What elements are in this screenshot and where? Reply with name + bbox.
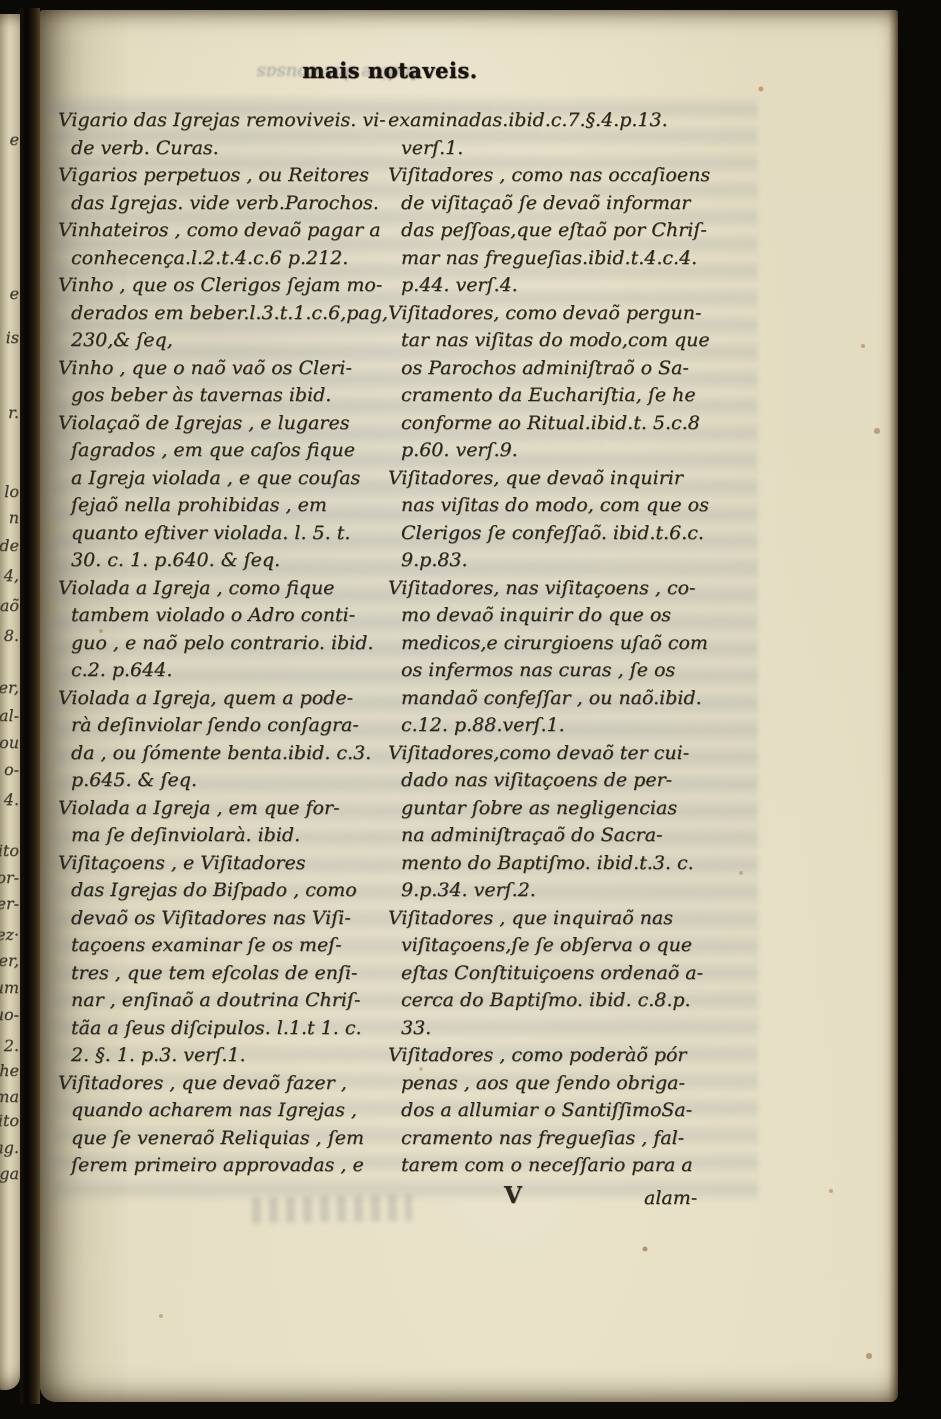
index-line: que ſe veneraõ Reliquias , ſem	[58, 1125, 384, 1153]
facing-page-text-fragment: o-	[4, 762, 19, 778]
index-line: tambem violado o Adro conti-	[58, 602, 384, 630]
index-line: Viſitadores, como devaõ pergun-	[388, 300, 730, 328]
index-line: quando acharem nas Igrejas ,	[58, 1097, 384, 1125]
index-line: cramento da Euchariſtia, ſe he	[388, 382, 730, 410]
facing-page-text-fragment: ou	[0, 735, 19, 751]
facing-page-text-fragment: r.	[8, 405, 19, 421]
index-line: tarem com o neceſſario para a	[388, 1152, 730, 1180]
facing-page-text-fragment: 8.	[4, 628, 19, 644]
index-line: Viſitadores , que inquiraõ nas	[388, 905, 730, 933]
index-line: eſtas Conſtituiçoens ordenaõ a-	[388, 960, 730, 988]
index-line: tres , que tem eſcolas de enſi-	[58, 960, 384, 988]
facing-page-edge: eeisr.londe4,aõ8.er,al-ouo-4.itoor-er-ez…	[0, 14, 20, 1390]
index-entry: Vinho , que os Clerigos ſejam mo-derados…	[58, 272, 384, 355]
index-entry: Viſitaçoens , e Viſitadoresdas Igrejas d…	[58, 850, 384, 1070]
index-line: c.12. p.88.verſ.1.	[388, 712, 730, 740]
facing-page-text-fragment: iga	[0, 1166, 19, 1182]
index-line: das peſſoas,que eſtaõ por Chriſ-	[388, 217, 730, 245]
index-line: dado nas viſitaçoens de per-	[388, 767, 730, 795]
index-line: mandaõ confeſſar , ou naõ.ibid.	[388, 685, 730, 713]
facing-page-text-fragment: e lhe	[0, 1063, 19, 1079]
index-line: de verb. Curas.	[58, 135, 384, 163]
facing-page-text-fragment: pag.	[0, 1140, 19, 1156]
index-line: c.2. p.644.	[58, 657, 384, 685]
index-column-right: examinadas.ibid.c.7.§.4.p.13.verſ.1.Viſi…	[388, 107, 730, 1180]
running-header: mais notaveis.	[290, 58, 490, 83]
index-line: Violada a Igreja , em que for-	[58, 795, 384, 823]
index-entry: Vigario das Igrejas removiveis. vi-de ve…	[58, 107, 384, 162]
index-entry: Viſitadores, como devaõ pergun-tar nas v…	[388, 300, 730, 465]
index-line: guo , e naõ pelo contrario. ibid.	[58, 630, 384, 658]
index-line: nas viſitas do modo, com que os	[388, 492, 730, 520]
index-line: gos beber às tavernas ibid.	[58, 382, 384, 410]
facing-page-text-fragment: er,	[0, 680, 19, 696]
index-entry: Viſitadores , que devaõ fazer ,quando ac…	[58, 1070, 384, 1180]
index-line: verſ.1.	[388, 135, 730, 163]
index-entry: Vinho , que o naõ vaõ os Cleri-gos beber…	[58, 355, 384, 410]
index-entry: examinadas.ibid.c.7.§.4.p.13.verſ.1.	[388, 107, 730, 162]
facing-page-text-fragment: gum	[0, 980, 19, 996]
index-line: ma ſe deſinviolarà. ibid.	[58, 822, 384, 850]
index-line: Viſitaçoens , e Viſitadores	[58, 850, 384, 878]
index-line: Viſitadores , como nas occaſioens	[388, 162, 730, 190]
index-line: das Igrejas. vide verb.Parochos.	[58, 190, 384, 218]
book-page: Indice das cousas mais notaveis. Vigario…	[40, 10, 898, 1402]
index-entry: Viſitadores , que inquiraõ nasviſitaçoen…	[388, 905, 730, 1043]
index-line: de viſitaçaõ ſe devaõ informar	[388, 190, 730, 218]
index-line: 230,& ſeq,	[58, 327, 384, 355]
index-entry: Violada a Igreja , em que for-ma ſe deſi…	[58, 795, 384, 850]
index-line: viſitaçoens,ſe ſe obſerva o que	[388, 932, 730, 960]
facing-page-text-fragment: al-	[0, 708, 19, 724]
facing-page-text-fragment: de	[0, 538, 19, 554]
index-line: na adminiſtraçaõ do Sacra-	[388, 822, 730, 850]
facing-page-text-fragment: lo	[4, 484, 19, 500]
index-line: mar nas fregueſias.ibid.t.4.c.4.	[388, 245, 730, 273]
index-line: ſejaõ nella prohibidas , em	[58, 492, 384, 520]
index-line: derados em beber.l.3.t.1.c.6,pag,	[58, 300, 384, 328]
index-line: cramento nas fregueſias , fal-	[388, 1125, 730, 1153]
facing-page-text-fragment: 4,	[4, 568, 19, 584]
index-line: conhecença.l.2.t.4.c.6 p.212.	[58, 245, 384, 273]
index-line: cerca do Baptiſmo. ibid. c.8.p.	[388, 987, 730, 1015]
facing-page-text-fragment: e	[10, 132, 19, 148]
index-line: examinadas.ibid.c.7.§.4.p.13.	[388, 107, 730, 135]
index-line: Vigario das Igrejas removiveis. vi-	[58, 107, 384, 135]
index-line: p.60. verſ.9.	[388, 437, 730, 465]
index-line: taçoens examinar ſe os meſ-	[58, 932, 384, 960]
index-line: nar , enſinaõ a doutrina Chriſ-	[58, 987, 384, 1015]
index-line: Vigarios perpetuos , ou Reitores	[58, 162, 384, 190]
index-line: a Igreja violada , e que couſas	[58, 465, 384, 493]
index-line: 33.	[388, 1015, 730, 1043]
facing-page-text-fragment: is	[6, 330, 19, 346]
index-line: devaõ os Viſitadores nas Viſi-	[58, 905, 384, 933]
index-line: mento do Baptiſmo. ibid.t.3. c.	[388, 850, 730, 878]
index-line: 9.p.83.	[388, 547, 730, 575]
index-line: 30. c. 1. p.640. & ſeq.	[58, 547, 384, 575]
index-entry: Viſitadores, que devaõ inquirirnas viſit…	[388, 465, 730, 575]
facing-page-text-fragment: ez·	[0, 927, 19, 943]
index-line: os Parochos adminiſtraõ o Sa-	[388, 355, 730, 383]
index-entry: Violada a Igreja , como fiquetambem viol…	[58, 575, 384, 685]
index-entry: Violada a Igreja, quem a pode-rà deſinvi…	[58, 685, 384, 795]
index-line: guntar ſobre as negligencias	[388, 795, 730, 823]
index-line: Clerigos ſe confeſſaõ. ibid.t.6.c.	[388, 520, 730, 548]
index-line: Viſitadores, que devaõ inquirir	[388, 465, 730, 493]
index-line: tãa a ſeus diſcipulos. l.1.t 1. c.	[58, 1015, 384, 1043]
facing-page-text-fragment: n	[9, 510, 19, 526]
foxing-spots	[40, 10, 42, 12]
index-line: p.44. verſ.4.	[388, 272, 730, 300]
index-entry: Vigarios perpetuos , ou Reitoresdas Igre…	[58, 162, 384, 217]
index-line: 2. §. 1. p.3. verſ.1.	[58, 1042, 384, 1070]
index-line: penas , aos que ſendo obriga-	[388, 1070, 730, 1098]
index-line: os infermos nas curas , ſe os	[388, 657, 730, 685]
index-line: Vinhateiros , como devaõ pagar a	[58, 217, 384, 245]
facing-page-text-fragment: e	[10, 286, 19, 302]
signature-mark: V	[504, 1182, 522, 1209]
facing-page-text-fragment: uo-	[0, 1007, 19, 1023]
index-line: Viſitadores,como devaõ ter cui-	[388, 740, 730, 768]
facing-page-text-fragment: zer,	[0, 953, 19, 969]
index-line: Violaçaõ de Igrejas , e lugares	[58, 410, 384, 438]
page-footer: V alam-	[388, 1182, 730, 1216]
index-line: conforme ao Ritual.ibid.t. 5.c.8	[388, 410, 730, 438]
book-photo: { "colors": { "background": "#0b0906", "…	[0, 0, 941, 1419]
index-line: Violada a Igreja, quem a pode-	[58, 685, 384, 713]
index-line: 9.p.34. verſ.2.	[388, 877, 730, 905]
index-line: da , ou ſómente benta.ibid. c.3.	[58, 740, 384, 768]
index-entry: Viſitadores , como poderàõ pórpenas , ao…	[388, 1042, 730, 1180]
facing-page-text-fragment: or-	[0, 870, 19, 886]
index-entry: Violaçaõ de Igrejas , e lugaresſagrados …	[58, 410, 384, 575]
index-line: mo devaõ inquirir do que os	[388, 602, 730, 630]
facing-page-text-fragment: uma	[0, 1089, 19, 1105]
index-line: Violada a Igreja , como fique	[58, 575, 384, 603]
index-line: Vinho , que o naõ vaõ os Cleri-	[58, 355, 384, 383]
index-entry: Vinhateiros , como devaõ pagar aconhecen…	[58, 217, 384, 272]
index-line: ſerem primeiro approvadas , e	[58, 1152, 384, 1180]
index-line: ſagrados , em que caſos fique	[58, 437, 384, 465]
facing-page-text-fragment: ito	[0, 843, 19, 859]
index-line: Viſitadores , como poderàõ pór	[388, 1042, 730, 1070]
index-line: dos a allumiar o SantiſſimoSa-	[388, 1097, 730, 1125]
facing-page-text-fragment: 2.	[4, 1038, 19, 1054]
index-line: tar nas viſitas do modo,com que	[388, 327, 730, 355]
index-entry: Viſitadores,como devaõ ter cui-dado nas …	[388, 740, 730, 905]
index-line: rà deſinviolar ſendo conſagra-	[58, 712, 384, 740]
index-line: quanto eſtiver violada. l. 5. t.	[58, 520, 384, 548]
index-line: Viſitadores, nas viſitaçoens , co-	[388, 575, 730, 603]
facing-page-text-fragment: aõ	[0, 598, 19, 614]
index-column-left: Vigario das Igrejas removiveis. vi-de ve…	[58, 107, 384, 1180]
book-gutter-shadow	[20, 8, 40, 1404]
index-entry: Viſitadores, nas viſitaçoens , co-mo dev…	[388, 575, 730, 740]
index-line: Viſitadores , que devaõ fazer ,	[58, 1070, 384, 1098]
facing-page-text-fragment: rito	[0, 1113, 19, 1129]
index-line: Vinho , que os Clerigos ſejam mo-	[58, 272, 384, 300]
catchword: alam-	[644, 1187, 697, 1209]
index-line: p.645. & ſeq.	[58, 767, 384, 795]
index-line: das Igrejas do Biſpado , como	[58, 877, 384, 905]
facing-page-text-fragment: er-	[0, 896, 19, 912]
index-line: medicos,e cirurgioens uſaõ com	[388, 630, 730, 658]
facing-page-text-fragment: 4.	[4, 792, 19, 808]
index-entry: Viſitadores , como nas occaſioensde viſi…	[388, 162, 730, 300]
